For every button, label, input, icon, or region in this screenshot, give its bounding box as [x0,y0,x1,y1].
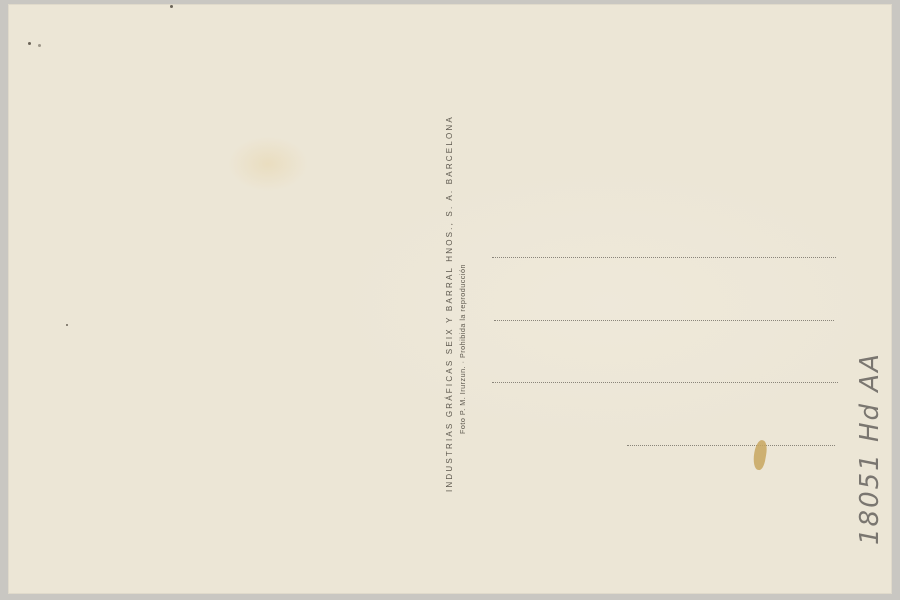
address-line-1 [492,257,836,258]
pencil-inventory-note: 18051 Hd AA [852,345,892,545]
address-line-4 [627,445,835,446]
dust-speck [28,42,31,45]
publisher-imprint: INDUSTRIAS GRÁFICAS SEIX Y BARRAL HNOS.,… [443,70,483,500]
dust-speck [66,324,68,326]
dust-speck [38,44,41,47]
dust-speck [170,5,173,8]
address-line-2 [494,320,834,321]
publisher-line: INDUSTRIAS GRÁFICAS SEIX Y BARRAL HNOS.,… [443,70,457,500]
pencil-note-text: 18051 Hd AA [852,345,888,545]
photo-credit-line: Foto P. M. Irurzun. · Prohibida la repro… [457,70,468,500]
address-line-3 [492,382,838,383]
